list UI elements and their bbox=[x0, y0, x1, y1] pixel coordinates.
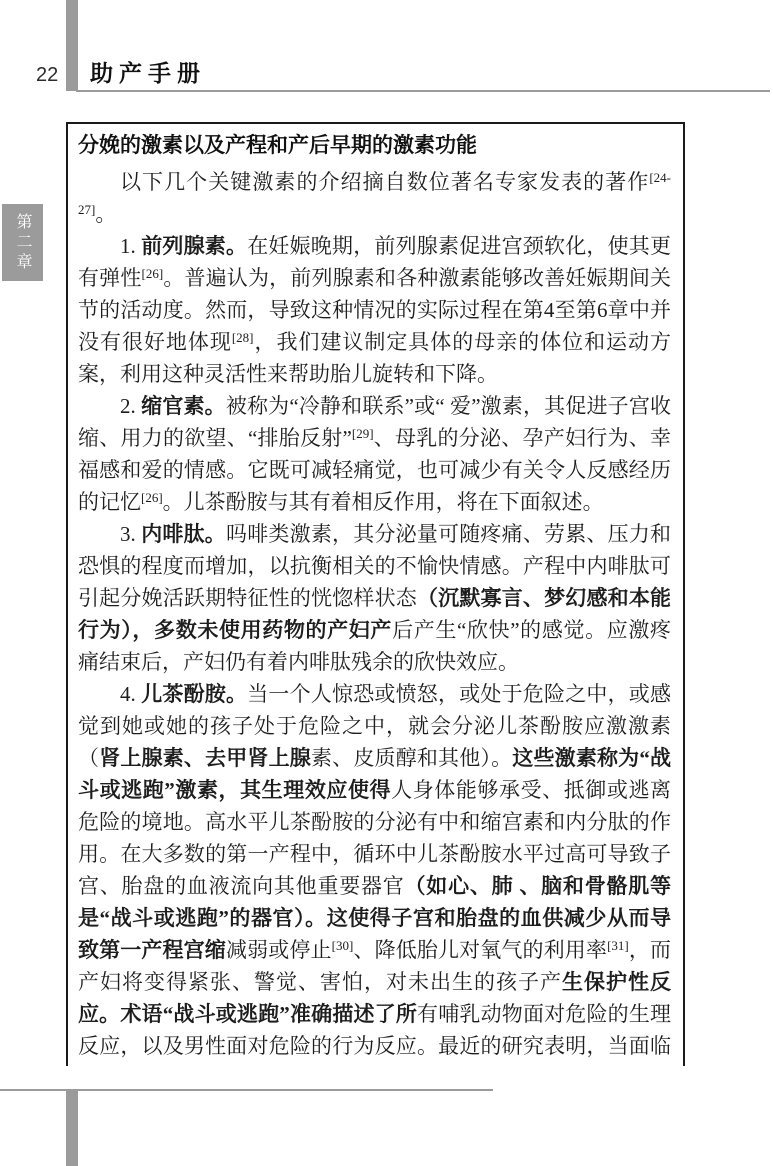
text-segment: 1. bbox=[120, 234, 141, 258]
paragraph: 2. 缩官素。被称为“冷静和联系”或“ 爱”激素，其促进子宫收缩、用力的欲望、“… bbox=[78, 390, 671, 518]
text-segment: 4. bbox=[120, 682, 141, 706]
text-segment: 。儿茶酚胺与其有着相反作用，将在下面叙述。 bbox=[163, 490, 604, 514]
text-segment: 儿茶酚胺。 bbox=[141, 682, 247, 706]
citation-ref: [30] bbox=[332, 938, 354, 953]
text-segment: 内啡肽。 bbox=[141, 522, 226, 546]
text-segment: 。 bbox=[95, 202, 116, 226]
article-body: 以下几个关键激素的介绍摘自数位著名专家发表的著作[24-27]。1. 前列腺素。… bbox=[78, 166, 671, 1066]
citation-ref: [26] bbox=[141, 490, 163, 505]
text-segment: 以下几个关键激素的介绍摘自数位著名专家发表的著作 bbox=[120, 170, 649, 194]
text-segment: 前列腺素。 bbox=[141, 234, 247, 258]
paragraph: 1. 前列腺素。在妊娠晚期，前列腺素促进宫颈软化，使其更有弹性[26]。普遍认为… bbox=[78, 230, 671, 390]
text-segment: 减弱或停止 bbox=[226, 938, 332, 962]
article-box: 分娩的激素以及产程和产后早期的激素功能 以下几个关键激素的介绍摘自数位著名专家发… bbox=[66, 122, 685, 1066]
text-segment: 肾上腺素、去甲肾上腺 bbox=[99, 746, 311, 770]
paragraph: 4. 儿茶酚胺。当一个人惊恐或愤怒，或处于危险之中，或感觉到她或她的孩子处于危险… bbox=[78, 678, 671, 1066]
text-segment: 缩官素。 bbox=[141, 394, 226, 418]
article-title: 分娩的激素以及产程和产后早期的激素功能 bbox=[78, 132, 671, 160]
text-segment: 3. bbox=[120, 522, 141, 546]
paragraph: 以下几个关键激素的介绍摘自数位著名专家发表的著作[24-27]。 bbox=[78, 166, 671, 230]
text-segment: 素、皮质醇和其他）。 bbox=[311, 746, 512, 770]
citation-ref: [28] bbox=[232, 330, 254, 345]
citation-ref: [26] bbox=[141, 266, 163, 281]
text-segment: 2. bbox=[120, 394, 141, 418]
chapter-tab: 第二章 bbox=[2, 204, 43, 281]
book-title-header: 助产手册 bbox=[90, 55, 206, 88]
text-segment: 、降低胎儿对氧气的利用率 bbox=[353, 938, 607, 962]
citation-ref: [29] bbox=[352, 426, 374, 441]
header-rule bbox=[76, 90, 770, 92]
header-accent-bar bbox=[66, 0, 78, 91]
footer-accent-bar bbox=[66, 1090, 78, 1166]
citation-ref: [31] bbox=[607, 938, 629, 953]
page-number: 22 bbox=[36, 64, 58, 87]
paragraph: 3. 内啡肽。吗啡类激素，其分泌量可随疼痛、劳累、压力和恐惧的程度而增加，以抗衡… bbox=[78, 518, 671, 678]
